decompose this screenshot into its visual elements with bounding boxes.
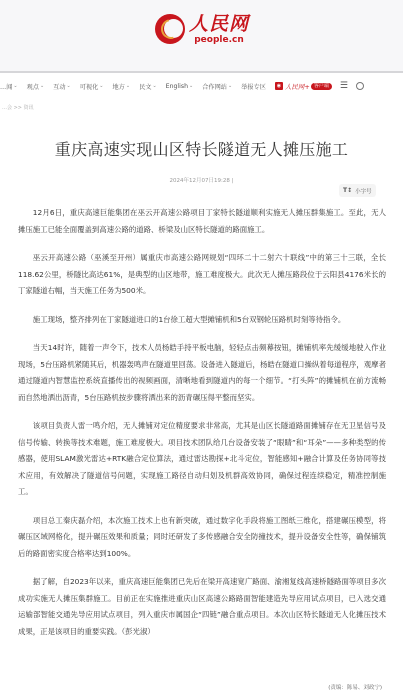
site-header: 人民网 people.cn — [0, 0, 403, 73]
app-logo-icon: ◉ — [275, 82, 283, 90]
article-title: 重庆高速实现山区特长隧道无人摊压施工 — [0, 137, 403, 160]
nav-item-opinion[interactable]: 观点⌄ — [27, 82, 45, 91]
nav-item-news[interactable]: …闻⌄ — [0, 82, 18, 91]
editor-credit: (责编：陈易、刘政宁) — [328, 683, 382, 691]
search-icon[interactable] — [356, 82, 364, 90]
article-paragraph: 巫云开高速公路（巫溪至开州）属重庆市高速公路网规划“四环二十二射六十联线”中的第… — [18, 250, 386, 300]
nav-item-local[interactable]: 地方⌄ — [113, 82, 131, 91]
nav-item-interaction[interactable]: 互动⌄ — [53, 82, 71, 91]
chevron-down-icon: ⌄ — [189, 83, 193, 89]
chevron-down-icon: ⌄ — [99, 83, 103, 89]
chevron-down-icon: ⌄ — [228, 83, 232, 89]
nav-item-report-zone[interactable]: 举报专区 — [241, 82, 266, 91]
app-download-link[interactable]: ◉ 人民网+ 客户端 — [275, 82, 332, 91]
logo-chinese-text: 人民网 — [189, 13, 249, 35]
nav-item-ethnic-languages[interactable]: 民文⌄ — [139, 82, 157, 91]
article-paragraph: 该项目负责人雷一鸣介绍，无人摊铺对定位精度要求非常高，尤其是山区长隧道路面摊铺存… — [18, 418, 386, 501]
article-paragraph: 项目总工秦庆磊介绍，本次施工技术上也有新突破，通过数字化手段将施工图纸三维化，搭… — [18, 513, 386, 563]
chevron-down-icon: ⌄ — [40, 83, 44, 89]
article-body: 12月6日，重庆高速巨能集团在巫云开高速公路项目丁家特长隧道顺利实施无人摊压群集… — [18, 205, 386, 652]
chevron-down-icon: ⌄ — [13, 83, 17, 89]
article-paragraph: 据了解，自2023年以来，重庆高速巨能集团已先后在梁开高速宽广路面、渝湘复线高速… — [18, 574, 386, 640]
nav-item-partner-sites[interactable]: 合作网站⌄ — [202, 82, 232, 91]
article-paragraph: 12月6日，重庆高速巨能集团在巫云开高速公路项目丁家特长隧道顺利实施无人摊压群集… — [18, 205, 386, 238]
people-logo[interactable]: 人民网 people.cn — [155, 13, 249, 45]
nav-item-english[interactable]: English⌄ — [166, 83, 194, 90]
nav-item-visualization[interactable]: 可视化⌄ — [80, 82, 104, 91]
publish-date: 2024年12月07日19:28 | — [0, 176, 403, 184]
logo-mark-icon — [155, 14, 185, 44]
article-paragraph: 施工现场，整齐排列在丁家隧道进口的1台徐工超大型摊铺机和5台双钢轮压路机时刻等待… — [18, 312, 386, 329]
chevron-down-icon: ⌄ — [67, 83, 71, 89]
breadcrumb[interactable]: …会 >> 资讯 — [2, 104, 34, 111]
menu-icon[interactable]: ☰ — [340, 81, 348, 91]
chevron-down-icon: ⌄ — [126, 83, 130, 89]
text-size-icon: T↕ — [343, 187, 352, 194]
logo-english-text: people.cn — [194, 35, 244, 45]
article-paragraph: 当天14时许，随着一声令下，技术人员杨皓手持平板电脑，轻轻点击频幕按钮，摊铺机率… — [18, 340, 386, 406]
main-nav: …闻⌄ 观点⌄ 互动⌄ 可视化⌄ 地方⌄ 民文⌄ English⌄ 合作网站⌄ … — [0, 73, 403, 99]
chevron-down-icon: ⌄ — [152, 83, 156, 89]
font-size-button[interactable]: T↕ 小字号 — [339, 184, 376, 197]
